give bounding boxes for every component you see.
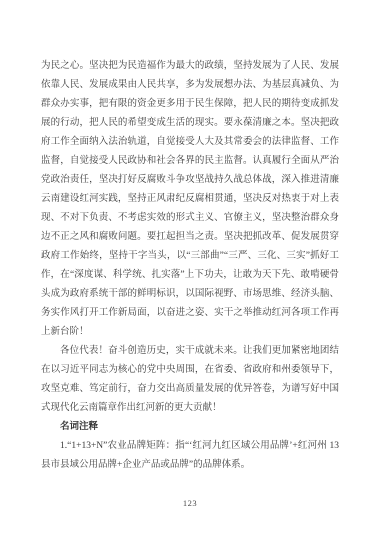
body-paragraph-2: 各位代表！奋斗创造历史，实干成就未来。让我们更加紧密地团结在以习近平同志为核心的…	[41, 342, 339, 418]
note-item-1: 1.“1+13+N”农业品牌矩阵：指“‘红河九红区域公用品牌’+红河州 13 县…	[41, 437, 339, 475]
page-number: 123	[0, 497, 380, 509]
document-body: 为民之心。坚决把为民造福作为最大的政绩，坚持发展为了人民、发展依靠人民、发展成果…	[41, 57, 339, 475]
document-page: 为民之心。坚决把为民造福作为最大的政绩，坚持发展为了人民、发展依靠人民、发展成果…	[0, 0, 380, 537]
body-paragraph-1: 为民之心。坚决把为民造福作为最大的政绩，坚持发展为了人民、发展依靠人民、发展成果…	[41, 57, 339, 342]
notes-heading: 名词注释	[41, 418, 339, 437]
